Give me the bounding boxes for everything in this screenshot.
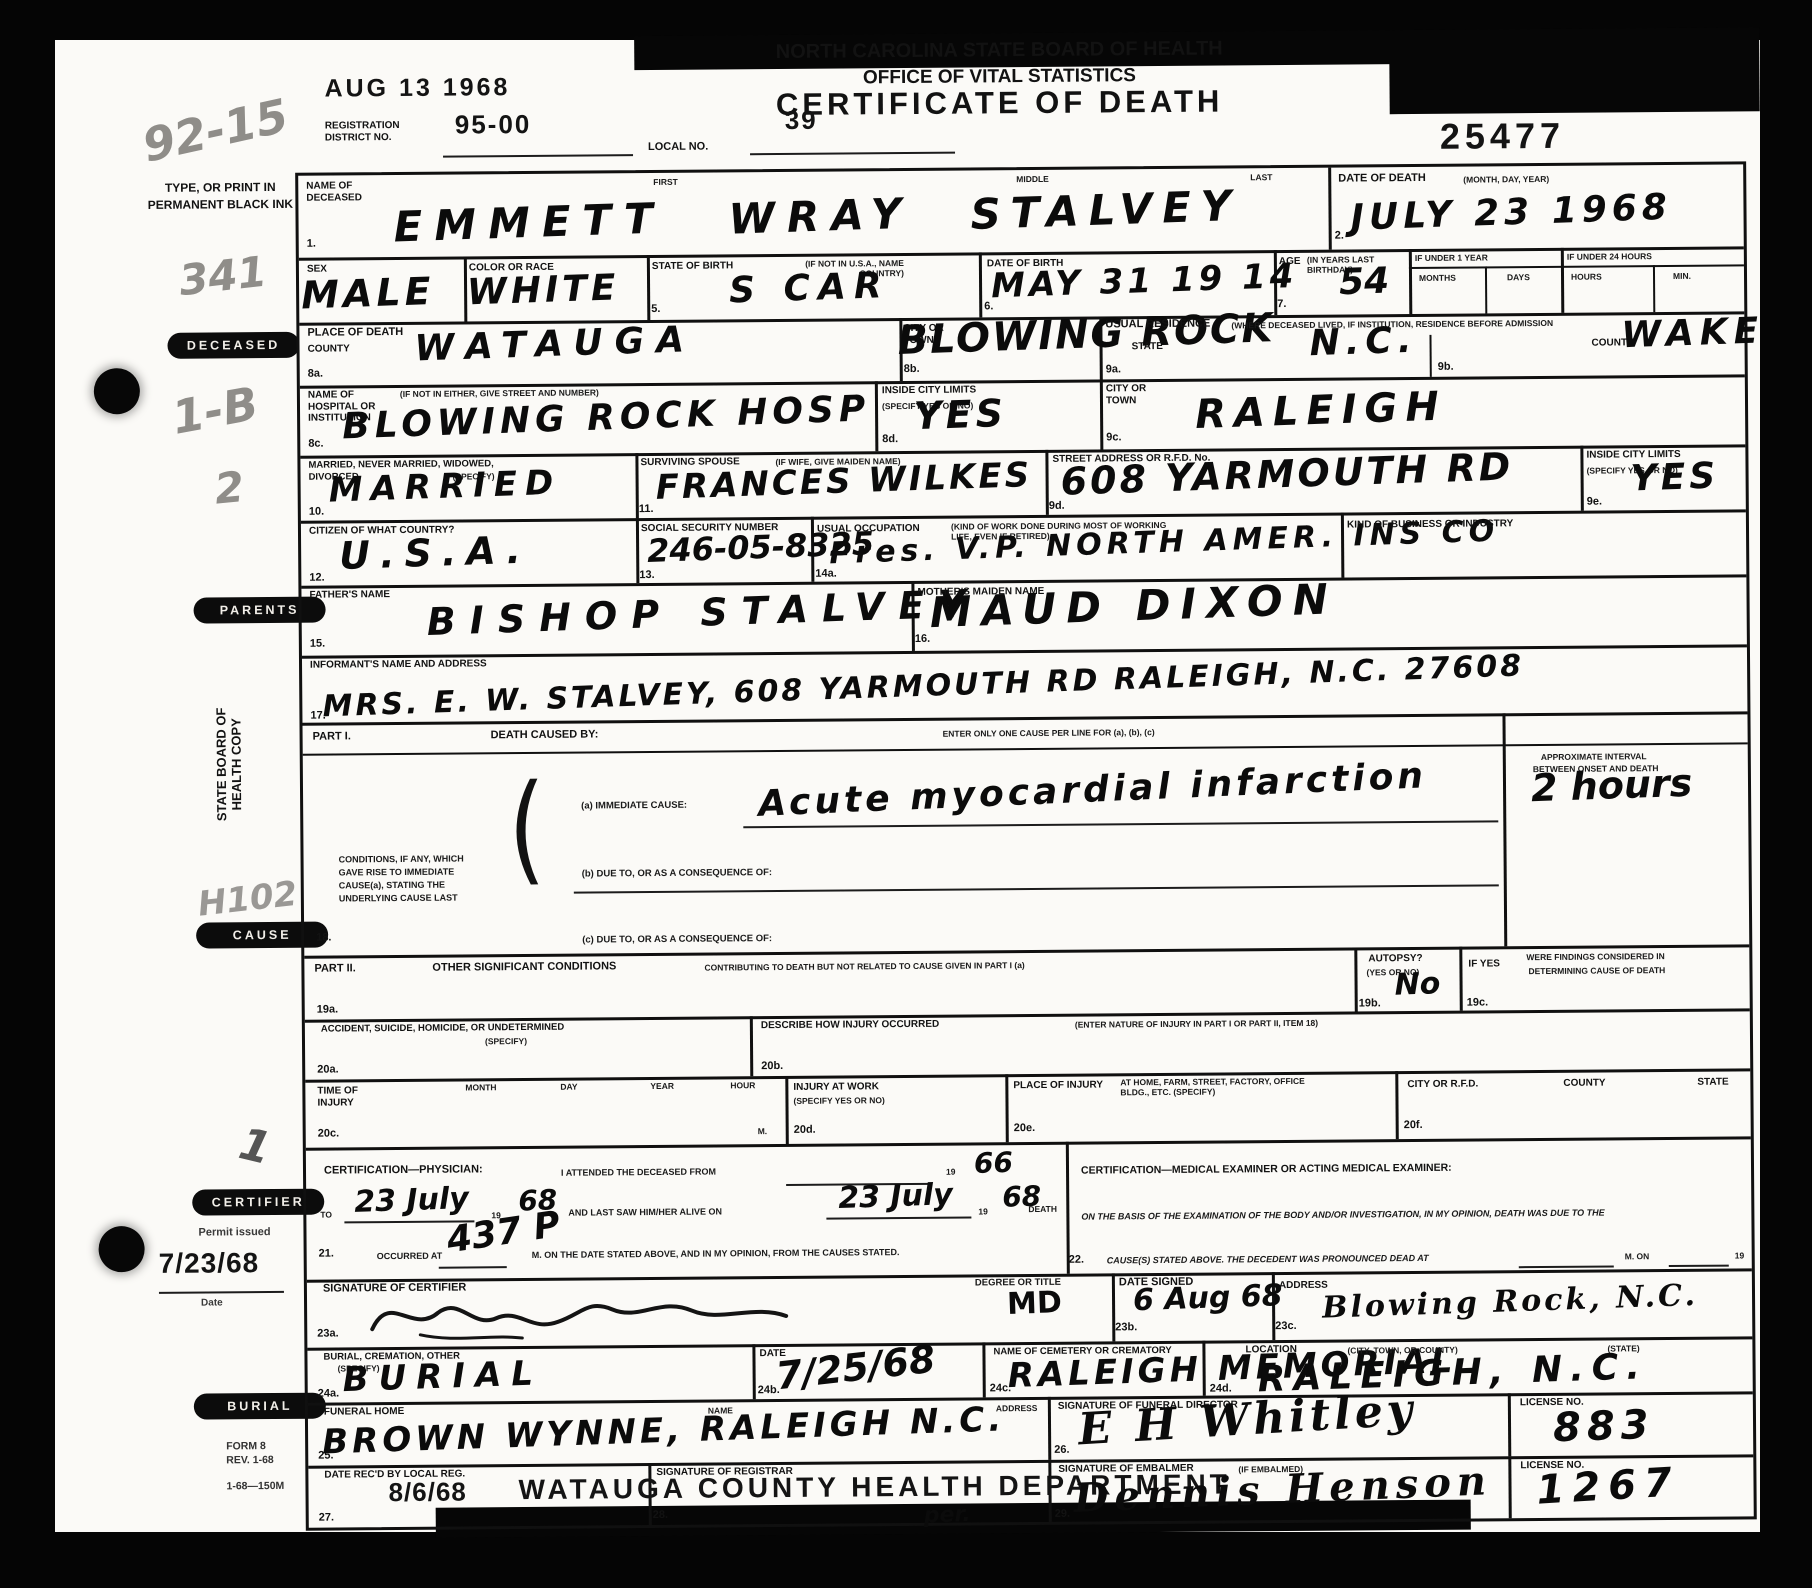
rule — [1048, 1397, 1051, 1460]
cert-time-line — [439, 1266, 507, 1269]
field-how-injury-label: DESCRIBE HOW INJURY OCCURRED — [761, 1019, 939, 1032]
part1-b-line — [574, 884, 1499, 893]
margin-pencil-1b: 1-B — [168, 376, 263, 445]
rule — [1508, 1393, 1511, 1456]
part1-b-label: (b) DUE TO, OR AS A CONSEQUENCE OF: — [582, 868, 772, 879]
field-place-injury-label: PLACE OF INJURY — [1013, 1079, 1103, 1091]
item-number-24d: 24d. — [1210, 1382, 1232, 1394]
item-number-24a: 24a. — [318, 1387, 340, 1399]
value-autopsy: No — [1394, 966, 1441, 1003]
org-name-line2: OFFICE OF VITAL STATISTICS — [639, 68, 1359, 85]
value-last-alive-day: 23 July — [838, 1177, 954, 1216]
field-place-of-death-label: PLACE OF DEATH — [307, 327, 403, 339]
rule — [1409, 249, 1413, 314]
cert-med-examiner-label: CERTIFICATION—MEDICAL EXAMINER OR ACTING… — [1081, 1163, 1452, 1177]
value-race: WHITE — [466, 267, 620, 313]
margin-pencil-1: 1 — [234, 1118, 276, 1175]
field-name-label: NAME OF DECEASED — [306, 180, 376, 204]
value-burial: BURIAL — [342, 1353, 544, 1400]
field-under24-hours: HOURS — [1571, 272, 1602, 282]
field-how-injury-sub: (ENTER NATURE OF INJURY IN PART I OR PAR… — [1075, 1018, 1318, 1030]
item-number-10: 10. — [309, 506, 324, 518]
field-findings-line1: WERE FINDINGS CONSIDERED IN — [1526, 951, 1664, 962]
form-print-run: 1-68—150M — [226, 1481, 284, 1493]
field-injury-city-label: CITY OR R.F.D. — [1407, 1079, 1478, 1091]
part1-interval-label1: APPROXIMATE INTERVAL — [1541, 751, 1647, 762]
field-injury-state-label: STATE — [1697, 1077, 1728, 1089]
rule — [750, 1016, 753, 1076]
part1-a-line — [743, 820, 1498, 828]
rule — [785, 1076, 789, 1144]
cert-me-line-blank1 — [1519, 1265, 1614, 1268]
value-funeral-home: BROWN WYNNE, RALEIGH N.C. — [322, 1399, 1006, 1462]
value-cause-a: Acute myocardial infarction — [757, 755, 1427, 825]
margin-pencil-341: 341 — [176, 247, 269, 306]
part2-note: CONTRIBUTING TO DEATH BUT NOT RELATED TO… — [704, 960, 1024, 973]
field-under1-months: MONTHS — [1419, 273, 1456, 283]
field-cert-address-label: ADDRESS — [1279, 1280, 1328, 1292]
item-number-28: 28. — [653, 1509, 668, 1521]
cert-me-19: 19 — [1735, 1250, 1745, 1260]
value-limits2: YES — [1630, 455, 1720, 499]
item-number-2: 2. — [1335, 230, 1344, 242]
value-birth-state: S CAR — [728, 265, 890, 311]
field-accident-label: ACCIDENT, SUICIDE, HOMICIDE, OR UNDETERM… — [321, 1022, 564, 1035]
field-findings-label: IF YES — [1468, 958, 1500, 970]
item-number-18: 18. — [316, 932, 331, 944]
item-number-20f: 20f. — [1404, 1119, 1423, 1131]
item-number-22: 22. — [1069, 1254, 1084, 1266]
part2-conditions-label: OTHER SIGNIFICANT CONDITIONS — [432, 961, 616, 974]
item-number-23b: 23b. — [1115, 1321, 1137, 1333]
rule — [1429, 335, 1431, 377]
item-number-23a: 23a. — [317, 1327, 339, 1339]
rule — [302, 644, 1747, 658]
value-father: BISHOP STALVEY — [426, 581, 980, 644]
item-number-23c: 23c. — [1275, 1320, 1297, 1332]
rule — [1005, 1074, 1009, 1142]
field-findings-line2: DETERMINING CAUSE OF DEATH — [1528, 965, 1665, 976]
field-under1-label: IF UNDER 1 YEAR — [1415, 252, 1488, 263]
item-number-20d: 20d. — [794, 1124, 816, 1136]
document-content: AUG 13 1968 92-15 NORTH CAROLINA STATE B… — [49, 33, 1766, 1538]
certifier-signature — [362, 1282, 792, 1341]
registration-district-value: 95-00 — [455, 109, 532, 141]
director-signature: E H Whitley — [1077, 1384, 1418, 1455]
item-number-20b: 20b. — [761, 1060, 783, 1072]
ink-instruction: TYPE, OR PRINT IN PERMANENT BLACK INK — [140, 179, 300, 214]
item-number-11: 11. — [639, 503, 654, 515]
value-date-of-death: JULY 23 1968 — [1350, 187, 1673, 239]
part1-conditions-note: CONDITIONS, IF ANY, WHICH GAVE RISE TO I… — [339, 852, 489, 905]
item-number-20e: 20e. — [1014, 1122, 1036, 1134]
item-number-20c: 20c. — [318, 1127, 340, 1139]
value-marital: MARRIED — [328, 463, 562, 511]
rule — [1502, 713, 1507, 946]
value-date-signed: 6 Aug 68 — [1132, 1278, 1283, 1318]
field-father-label: FATHER'S NAME — [309, 589, 390, 601]
rule — [1395, 1071, 1399, 1139]
field-date-of-death-label: DATE OF DEATH — [1338, 173, 1426, 185]
registration-district-label: REGISTRATION DISTRICT NO. — [325, 120, 440, 144]
cert-last-saw-label: AND LAST SAW HIM/HER ALIVE ON — [568, 1206, 722, 1217]
value-attended-to-day: 23 July — [354, 1181, 470, 1220]
part1-a-label: (a) IMMEDIATE CAUSE: — [581, 801, 687, 812]
margin-pencil-2: 2 — [212, 462, 246, 514]
item-number-29: 29. — [1055, 1508, 1070, 1520]
field-time-injury-label: TIME OF INJURY — [317, 1085, 377, 1108]
item-number-1: 1. — [307, 238, 316, 250]
value-date-received: 8/6/68 — [388, 1476, 467, 1508]
local-no-underline — [750, 152, 955, 156]
value-attended-from-year: 66 — [973, 1146, 1013, 1180]
rule — [1328, 168, 1332, 250]
value-mother: MAUD DIXON — [929, 574, 1339, 637]
value-citizen: U.S.A. — [338, 527, 531, 577]
permit-issued-label: Permit issued — [198, 1227, 270, 1239]
permit-date-caption: Date — [201, 1297, 223, 1309]
margin-pencil-h102: H102 — [196, 874, 299, 925]
rule — [982, 1342, 985, 1397]
cert-19a: 19 — [946, 1167, 956, 1177]
item-number-8b: 8b. — [904, 363, 920, 375]
item-number-15: 15. — [310, 638, 325, 650]
field-funeral-home-label: FUNERAL HOME — [324, 1406, 404, 1418]
margin-pencil-note-top: 92-15 — [138, 88, 293, 172]
rule — [1485, 266, 1487, 313]
field-name-last-label: LAST — [1250, 172, 1272, 182]
field-autopsy-label: AUTOPSY? — [1368, 953, 1422, 965]
field-name-first-label: FIRST — [653, 177, 678, 187]
value-embalmer-license: 1267 — [1535, 1459, 1681, 1514]
value-sex: MALE — [300, 269, 435, 318]
field-business-label: KIND OF BUSINESS OR INDUSTRY — [1347, 518, 1513, 531]
value-limits1: YES — [913, 391, 1007, 438]
local-no-value: 39 — [785, 105, 818, 136]
field-informant-label: INFORMANT'S NAME AND ADDRESS — [310, 658, 487, 671]
item-number-8a: 8a. — [308, 368, 323, 380]
item-number-8c: 8c. — [308, 438, 323, 450]
value-county: WATAUGA — [414, 319, 697, 370]
part1-note: ENTER ONLY ONE CAUSE PER LINE FOR (a), (… — [943, 727, 1155, 739]
field-time-injury-day: DAY — [560, 1082, 577, 1092]
rule — [303, 742, 1748, 755]
field-accident-sub: (SPECIFY) — [485, 1036, 527, 1046]
cert-to-label: TO — [320, 1210, 332, 1220]
local-no-label: LOCAL NO. — [648, 142, 708, 154]
copy-designation-stamp: STATE BOARD OF HEALTH COPY — [213, 704, 244, 824]
hole-punch-bottom — [98, 1226, 144, 1272]
registrar-per-note: per. — [923, 1502, 971, 1529]
cert-death-word: DEATH — [1028, 1204, 1057, 1214]
item-number-20a: 20a. — [317, 1063, 339, 1075]
item-number-16: 16. — [915, 633, 930, 645]
certificate-form: NAME OF DECEASED FIRST MIDDLE LAST 1. EM… — [295, 161, 1757, 1530]
received-date-stamp: AUG 13 1968 — [324, 73, 510, 103]
item-number-26: 26. — [1054, 1444, 1069, 1456]
rule — [300, 374, 1745, 388]
rule — [1354, 947, 1358, 1011]
item-number-9e: 9e. — [1587, 496, 1602, 508]
field-age-label: AGE — [1279, 256, 1301, 268]
permit-date-underline — [159, 1291, 284, 1294]
item-number-27: 27. — [319, 1512, 334, 1524]
cert-me-line1: ON THE BASIS OF THE EXAMINATION OF THE B… — [1081, 1208, 1604, 1222]
rule — [305, 1008, 1750, 1022]
field-injury-county-label: COUNTY — [1563, 1078, 1605, 1090]
item-number-21: 21. — [319, 1248, 334, 1260]
value-name-first: EMMETT — [393, 193, 666, 251]
item-number-9a: 9a. — [1106, 363, 1121, 375]
scan-black-block-topright — [1389, 27, 1760, 114]
form-number: FORM 8 — [226, 1441, 266, 1453]
field-under24-label: IF UNDER 24 HOURS — [1567, 251, 1652, 262]
field-birth-state-label: STATE OF BIRTH — [652, 260, 733, 272]
cert-occurred-rest: M. ON THE DATE STATED ABOVE, AND IN MY O… — [532, 1247, 900, 1260]
value-res-county: WAKE — [1621, 310, 1765, 356]
item-number-9b: 9b. — [1438, 361, 1454, 373]
rule — [752, 1344, 755, 1399]
field-injury-work-label: INJURY AT WORK — [793, 1081, 879, 1093]
value-name-middle: WRAY — [728, 189, 914, 244]
value-age: 54 — [1338, 261, 1389, 304]
field-residence-label: USUAL RESIDENCE — [1105, 319, 1210, 331]
value-interval-a: 2 hours — [1530, 761, 1693, 810]
field-under24-min: MIN. — [1673, 271, 1691, 281]
value-city: BLOWING ROCK — [897, 305, 1275, 364]
field-res-city-label: CITY OR TOWN — [1106, 383, 1161, 406]
field-date-of-death-sub: (MONTH, DAY, YEAR) — [1463, 174, 1549, 185]
part1-label: PART I. — [313, 731, 351, 743]
value-degree: MD — [1006, 1285, 1062, 1322]
field-res-state-label: STATE — [1132, 341, 1163, 353]
cert-physician-label: CERTIFICATION—PHYSICIAN: — [324, 1164, 483, 1177]
field-county-label: COUNTY — [308, 343, 350, 355]
item-number-19b: 19b. — [1359, 997, 1381, 1009]
field-injury-work-sub: (SPECIFY YES OR NO) — [793, 1095, 888, 1106]
document-page: AUG 13 1968 92-15 NORTH CAROLINA STATE B… — [55, 40, 1760, 1532]
cert-alive-line — [826, 1217, 971, 1220]
rule — [1100, 379, 1104, 449]
rule — [1580, 446, 1584, 511]
page-title: CERTIFICATE OF DEATH — [640, 94, 1360, 111]
certificate-number: 25477 — [1440, 115, 1565, 158]
value-res-city: RALEIGH — [1194, 383, 1447, 438]
field-time-injury-month: MONTH — [465, 1082, 496, 1092]
rule — [875, 381, 879, 451]
registration-underline — [443, 154, 633, 157]
value-informant: MRS. E. W. STALVEY, 608 YARMOUTH RD RALE… — [322, 648, 1525, 724]
rule — [1459, 947, 1463, 1011]
rule — [1561, 248, 1565, 313]
rule — [306, 1136, 1751, 1150]
cert-me-m-on: M. ON — [1625, 1251, 1650, 1261]
cert-me-line2: CAUSE(S) STATED ABOVE. THE DECEDENT WAS … — [1107, 1253, 1429, 1266]
item-number-7: 7. — [1277, 298, 1286, 310]
value-director-license: 883 — [1552, 1402, 1655, 1451]
part1-caused-by-label: DEATH CAUSED BY: — [491, 729, 599, 741]
field-place-injury-sub: AT HOME, FARM, STREET, FACTORY, OFFICE B… — [1120, 1076, 1310, 1097]
item-number-8d: 8d. — [882, 433, 898, 445]
item-number-19a: 19a. — [317, 1003, 339, 1015]
hole-punch-top — [94, 368, 140, 414]
cert-attended-label: I ATTENDED THE DECEASED FROM — [561, 1167, 716, 1178]
cert-19c: 19 — [978, 1206, 988, 1216]
item-number-13: 13. — [639, 569, 654, 581]
rule — [647, 255, 651, 320]
permit-date: 7/23/68 — [159, 1247, 260, 1280]
scanned-death-certificate: AUG 13 1968 92-15 NORTH CAROLINA STATE B… — [0, 0, 1812, 1588]
field-hospital-sub: (IF NOT IN EITHER, GIVE STREET AND NUMBE… — [400, 387, 599, 399]
rule — [1653, 265, 1655, 312]
item-number-9c: 9c. — [1106, 431, 1121, 443]
part2-label: PART II. — [314, 963, 355, 975]
value-name-last: STALVEY — [970, 181, 1242, 239]
item-number-19c: 19c. — [1467, 996, 1489, 1008]
rule — [1508, 1456, 1511, 1518]
conditions-brace: ( — [508, 822, 545, 837]
part1-c-label: (c) DUE TO, OR AS A CONSEQUENCE OF: — [582, 934, 772, 945]
field-name-middle-label: MIDDLE — [1016, 174, 1049, 184]
cert-occurred-label: OCCURRED AT — [377, 1251, 443, 1262]
cert-me-line-blank2 — [1669, 1265, 1729, 1267]
rule — [979, 252, 983, 317]
field-time-injury-hour: HOUR — [730, 1080, 755, 1090]
value-cert-address: Blowing Rock, N.C. — [1322, 1278, 1699, 1326]
tab-deceased: DECEASED — [167, 332, 299, 359]
item-number-5: 5. — [651, 303, 660, 315]
field-under1-days: DAYS — [1507, 272, 1530, 282]
form-revision: REV. 1-68 — [226, 1455, 274, 1467]
value-res-state: N.C. — [1309, 320, 1418, 365]
field-time-injury-m: M. — [758, 1126, 768, 1136]
field-cem-location-label: LOCATION — [1245, 1344, 1297, 1356]
item-number-12: 12. — [309, 572, 324, 584]
rule — [1409, 264, 1744, 269]
field-time-injury-year: YEAR — [650, 1081, 674, 1091]
